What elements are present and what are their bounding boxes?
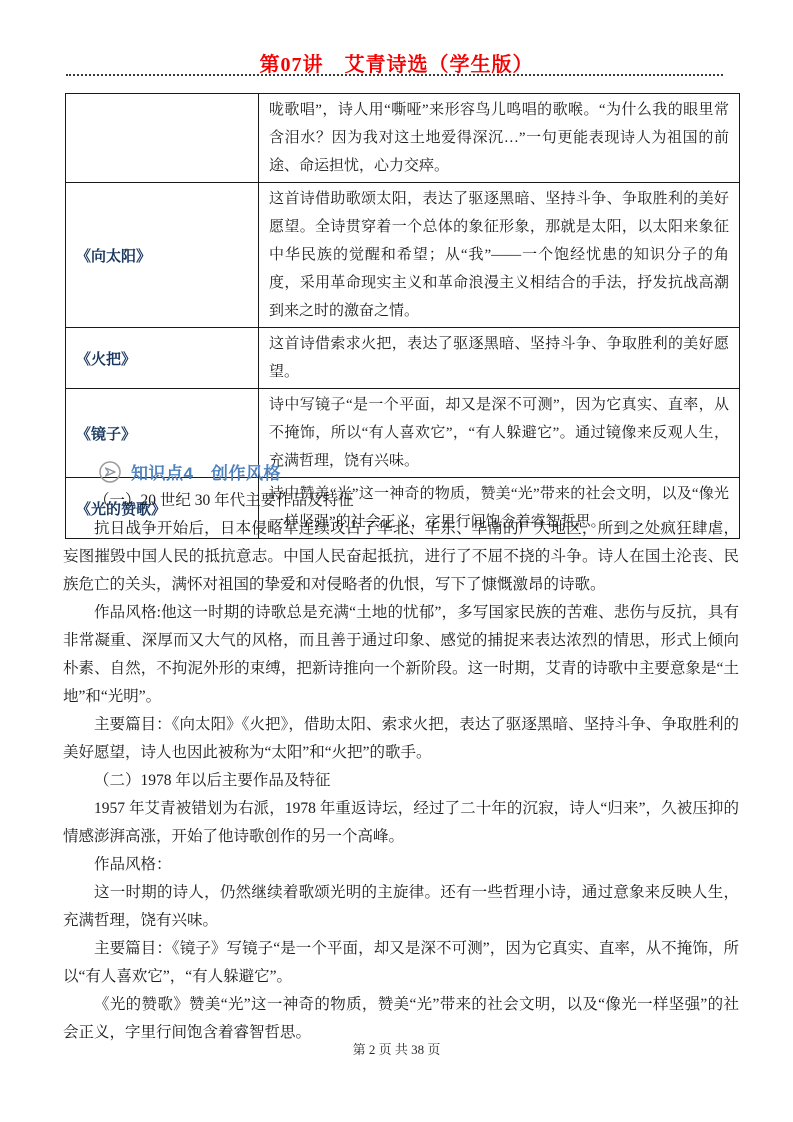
table-row: 《向太阳》 这首诗借助歌颂太阳，表达了驱逐黑暗、坚持斗争、争取胜利的美好愿望。全… [66,183,740,328]
paragraph: 主要篇目：《向太阳》《火把》，借助太阳、索求火把，表达了驱逐黑暗、坚持斗争、争取… [63,711,739,767]
poem-title-cell: 《火把》 [66,328,259,389]
play-circle-icon [98,460,122,484]
poem-title-cell [66,94,259,183]
paragraph-section-2-title: （二）1978 年以后主要作品及特征 [63,767,739,795]
paragraph: 1957 年艾青被错划为右派，1978 年重返诗坛，经过了二十年的沉寂，诗人“归… [63,795,739,851]
section-heading-label: 知识点4 创作风格 [131,459,281,484]
paragraph: 抗日战争开始后，日本侵略军连续攻占了华北、华东、华南的广大地区，所到之处疯狂肆虐… [63,515,739,599]
paragraph: 作品风格:他这一时期的诗歌总是充满“土地的忧郁”，多写国家民族的苦难、悲伤与反抗… [63,599,739,711]
page-number: 第 2 页 共 38 页 [0,1039,793,1058]
body-content: （一）20 世纪 30 年代主要作品及特征 抗日战争开始后，日本侵略军连续攻占了… [63,487,739,1047]
paragraph: 这一时期的诗人，仍然继续着歌颂光明的主旋律。还有一些哲理小诗，通过意象来反映人生… [63,879,739,935]
paragraph: 主要篇目：《镜子》写镜子“是一个平面，却又是深不可测”，因为它真实、直率，从不掩… [63,935,739,991]
paragraph-section-1-title: （一）20 世纪 30 年代主要作品及特征 [63,487,739,515]
poem-analysis-cell: 诗中写镜子“是一个平面，却又是深不可测”，因为它真实、直率，从不掩饰，所以“有人… [259,389,740,478]
poem-analysis-cell: 这首诗借助歌颂太阳，表达了驱逐黑暗、坚持斗争、争取胜利的美好愿望。全诗贯穿着一个… [259,183,740,328]
paragraph: 作品风格： [63,851,739,879]
document-page: 第07讲 艾青诗选（学生版） 咙歌唱”，诗人用“嘶哑”来形容鸟儿鸣唱的歌喉。“为… [0,0,793,1122]
table-row: 咙歌唱”，诗人用“嘶哑”来形容鸟儿鸣唱的歌喉。“为什么我的眼里常含泪水？因为我对… [66,94,740,183]
section-heading: 知识点4 创作风格 [98,459,281,484]
page-header-title: 第07讲 艾青诗选（学生版） [0,48,793,77]
poem-analysis-cell: 咙歌唱”，诗人用“嘶哑”来形容鸟儿鸣唱的歌喉。“为什么我的眼里常含泪水？因为我对… [259,94,740,183]
header-divider [66,74,723,76]
table-row: 《火把》 这首诗借索求火把，表达了驱逐黑暗、坚持斗争、争取胜利的美好愿望。 [66,328,740,389]
poem-analysis-cell: 这首诗借索求火把，表达了驱逐黑暗、坚持斗争、争取胜利的美好愿望。 [259,328,740,389]
poem-title-cell: 《向太阳》 [66,183,259,328]
